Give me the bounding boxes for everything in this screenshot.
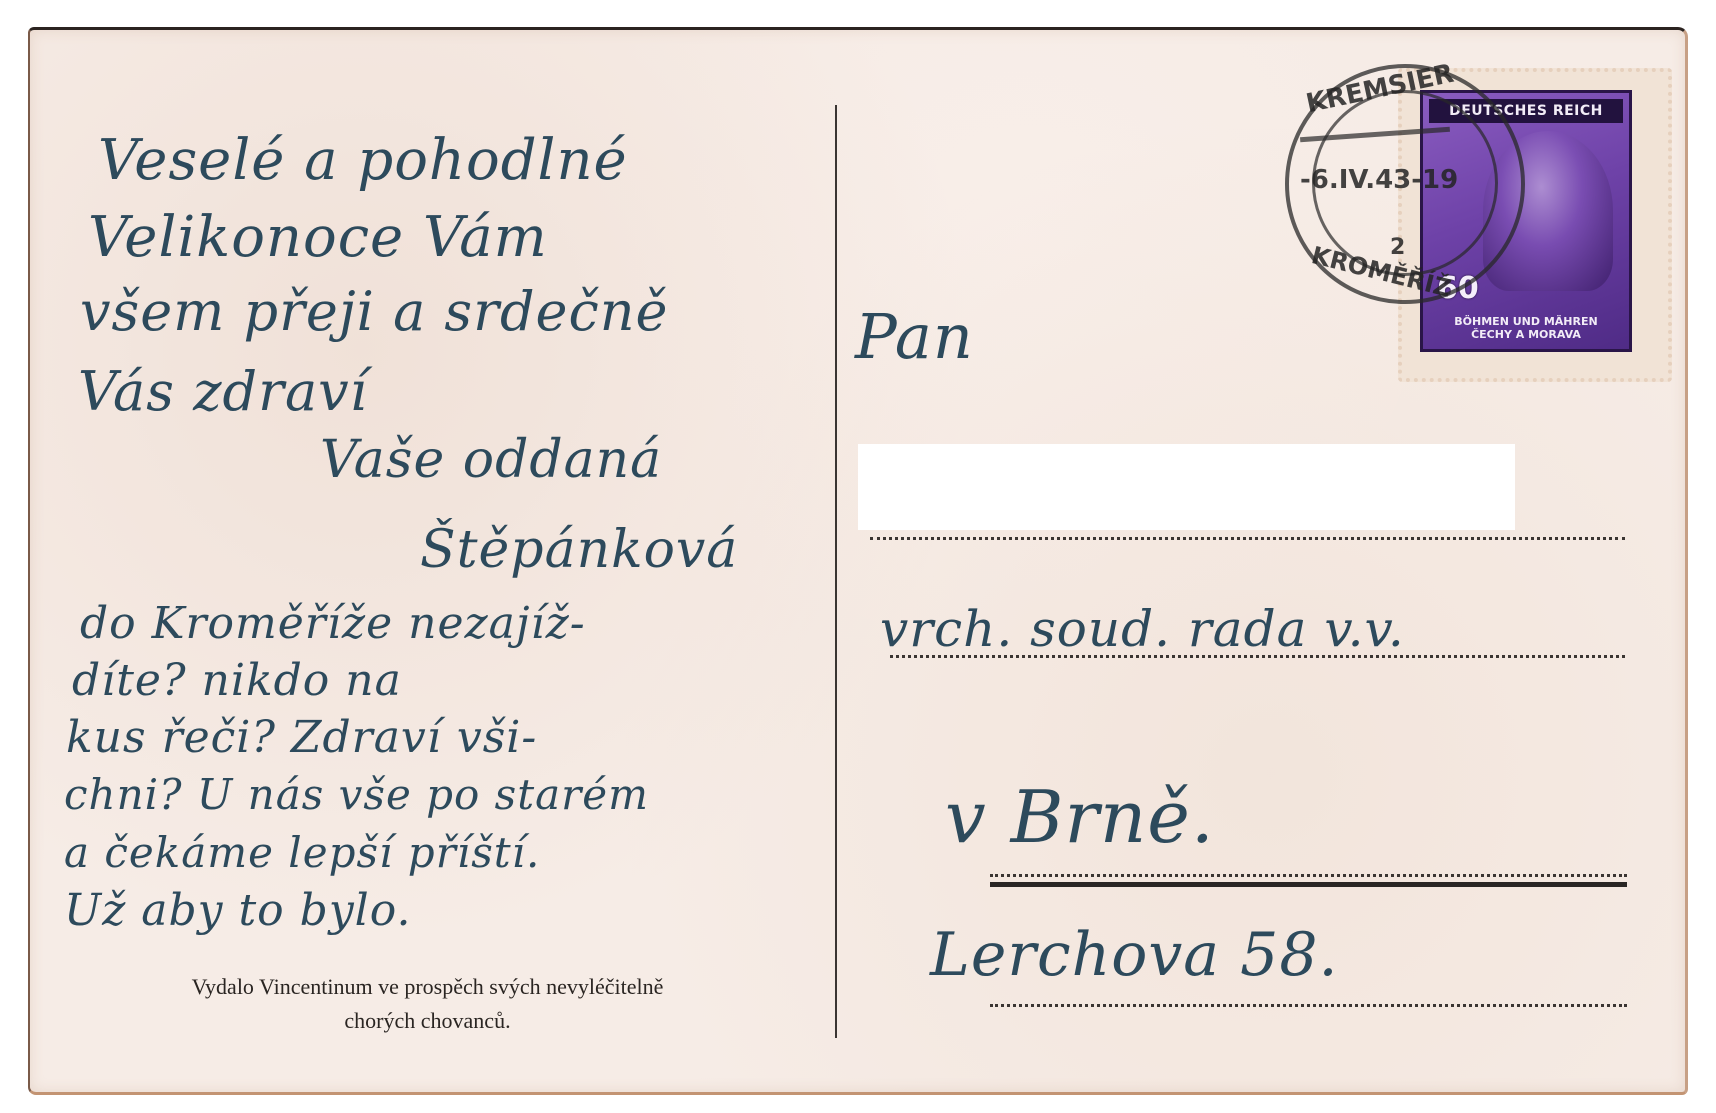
address-line-4 [990, 1004, 1627, 1007]
publisher-footer-line2: chorých chovanců. [60, 1004, 795, 1038]
stamp-footer-line2: ČECHY A MORAVA [1427, 328, 1625, 341]
address-line-3 [990, 874, 1627, 877]
stamp-footer: BÖHMEN UND MÄHREN ČECHY A MORAVA [1427, 315, 1625, 341]
address-city-underline [990, 882, 1627, 887]
message-line-3: všem přeji a srdečně [80, 280, 668, 343]
address-line-1 [870, 537, 1625, 540]
message-line-12: Už aby to bylo. [64, 885, 411, 936]
message-line-8: díte? nikdo na [72, 655, 402, 706]
message-line-7: do Kroměříže nezajíž- [80, 598, 586, 649]
message-line-2: Velikonoce Vám [88, 205, 548, 270]
address-street: Lerchova 58. [930, 920, 1339, 990]
message-line-9: kus řeči? Zdraví vši- [66, 712, 537, 763]
publisher-footer: Vydalo Vincentinum ve prospěch svých nev… [60, 970, 795, 1038]
message-signature: Štěpánková [420, 520, 738, 580]
message-line-4: Vás zdraví [78, 360, 368, 423]
message-line-closing: Vaše oddaná [320, 430, 662, 490]
message-line-10: chni? U nás vše po starém [64, 770, 649, 819]
address-title: vrch. soud. rada v.v. [880, 600, 1405, 658]
postmark-date: -6.IV.43-19 [1300, 165, 1458, 195]
message-line-1: Veselé a pohodlné [98, 128, 628, 193]
center-divider [835, 105, 837, 1038]
address-city: v Brně. [945, 775, 1215, 859]
redaction-box [858, 444, 1515, 530]
postmark-code: 2 [1390, 235, 1405, 260]
address-salutation: Pan [855, 300, 974, 373]
publisher-footer-line1: Vydalo Vincentinum ve prospěch svých nev… [60, 970, 795, 1004]
message-line-11: a čekáme lepší příští. [64, 828, 540, 877]
address-line-2 [890, 655, 1625, 658]
stamp-footer-line1: BÖHMEN UND MÄHREN [1427, 315, 1625, 328]
